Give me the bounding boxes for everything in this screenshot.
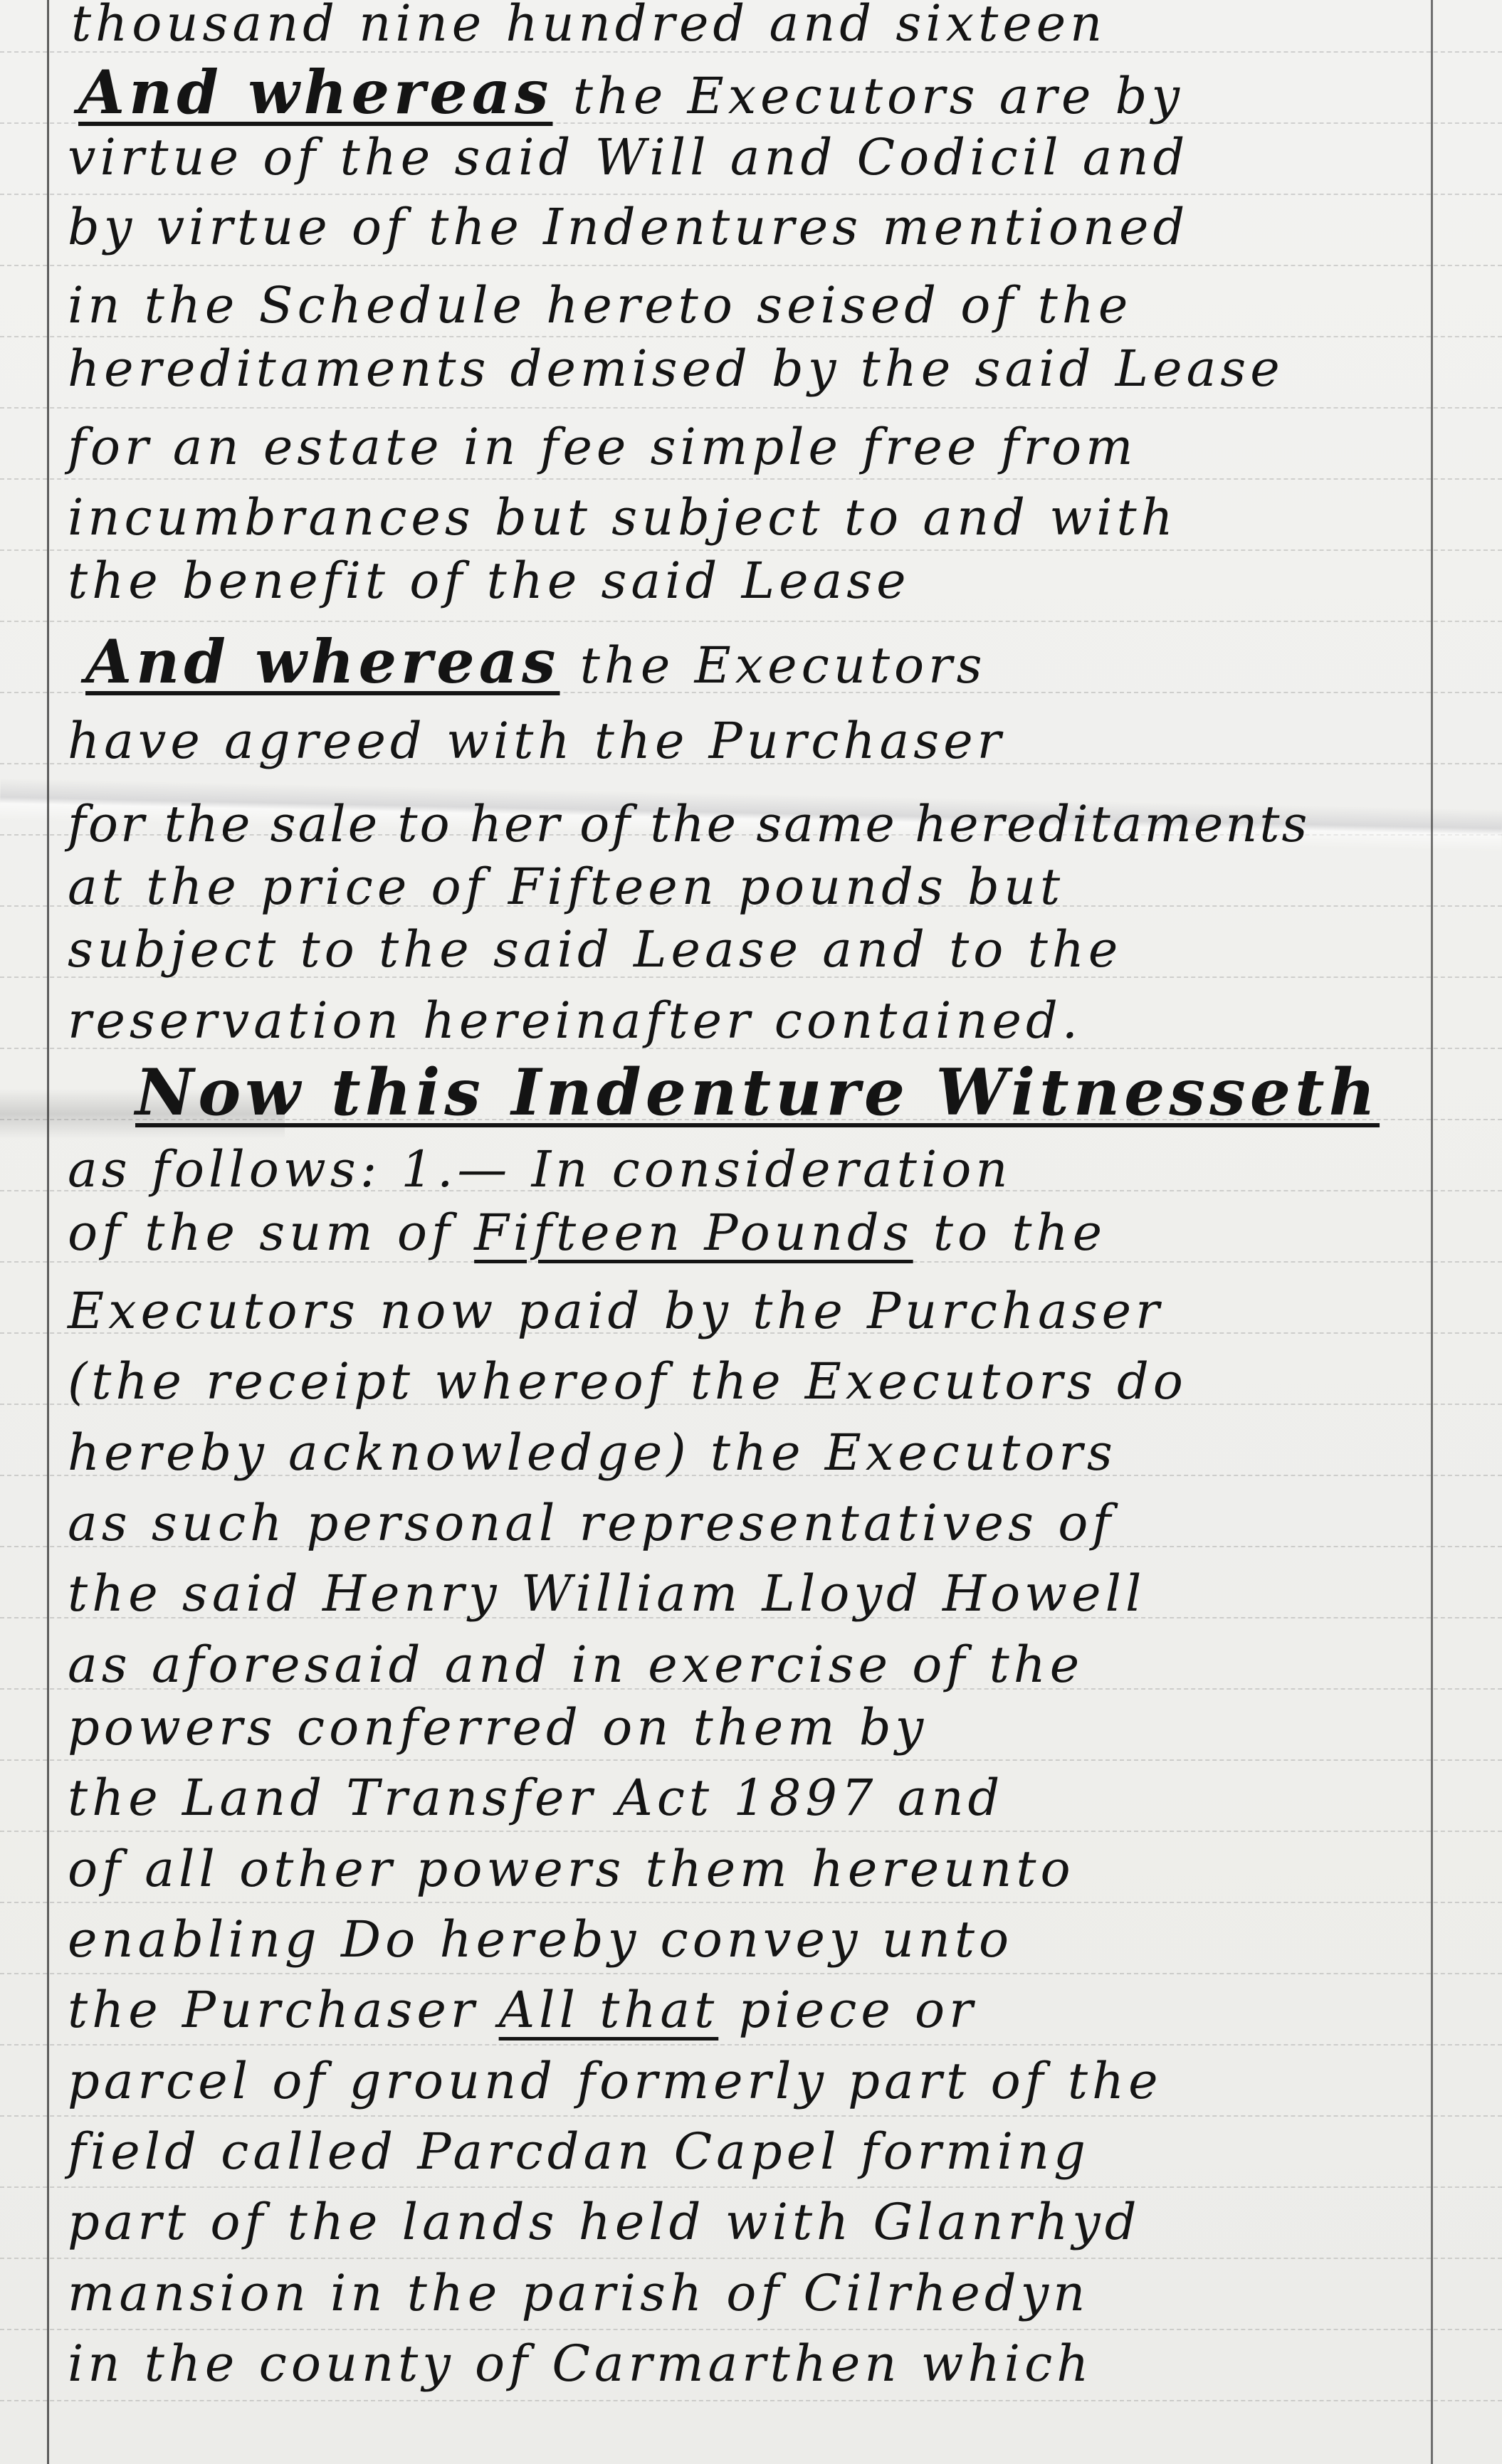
ruled-line bbox=[0, 1973, 1502, 1974]
ruled-line bbox=[0, 2115, 1502, 2117]
line-text: the benefit of the said Lease bbox=[68, 552, 910, 610]
text-line: in the Schedule hereto seised of the bbox=[68, 276, 1132, 335]
left-margin-line bbox=[47, 0, 49, 2464]
line-text: virtue of the said Will and Codicil and bbox=[68, 128, 1189, 186]
text-line: Executors now paid by the Purchaser bbox=[68, 1282, 1164, 1340]
ruled-line bbox=[0, 265, 1502, 266]
text-line: field called Parcdan Capel forming bbox=[68, 2122, 1090, 2181]
text-line: in the county of Carmarthen which bbox=[68, 2334, 1093, 2393]
text-line: subject to the said Lease and to the bbox=[68, 920, 1122, 979]
ruled-line bbox=[0, 621, 1502, 622]
line-text: field called Parcdan Capel forming bbox=[68, 2122, 1090, 2181]
text-line: the Purchaser All that piece or bbox=[68, 1981, 977, 2039]
text-line: as aforesaid and in exercise of the bbox=[68, 1636, 1083, 1694]
text-line: by virtue of the Indentures mentioned bbox=[68, 198, 1189, 256]
line-text: in the Schedule hereto seised of the bbox=[68, 276, 1132, 335]
underlined-amount: Fifteen Pounds bbox=[474, 1204, 913, 1262]
line-text: enabling Do hereby convey unto bbox=[68, 1910, 1013, 1969]
text-line: the benefit of the said Lease bbox=[68, 552, 910, 610]
text-line: at the price of Fifteen pounds but bbox=[68, 858, 1064, 916]
line-text: of all other powers them hereunto bbox=[68, 1840, 1075, 1898]
heading-now-this-indenture-witnesseth: Now this Indenture Witnesseth bbox=[135, 1055, 1380, 1130]
line-text: for an estate in fee simple free from bbox=[68, 418, 1138, 476]
text-line: for the sale to her of the same heredita… bbox=[68, 795, 1309, 853]
handwritten-document-page: thousand nine hundred and sixteen And wh… bbox=[0, 0, 1502, 2464]
ruled-line bbox=[0, 549, 1502, 551]
text-line: powers conferred on them by bbox=[68, 1698, 928, 1757]
line-text: piece or bbox=[718, 1981, 977, 2039]
text-line: hereby acknowledge) the Executors bbox=[68, 1423, 1117, 1482]
ruled-line bbox=[0, 1831, 1502, 1832]
ruled-line bbox=[0, 2186, 1502, 2188]
line-text: thousand nine hundred and sixteen bbox=[71, 0, 1106, 53]
ruled-line bbox=[0, 407, 1502, 409]
line-text: at the price of Fifteen pounds but bbox=[68, 858, 1064, 916]
text-line: of the sum of Fifteen Pounds to the bbox=[68, 1204, 1106, 1262]
line-text: Executors now paid by the Purchaser bbox=[68, 1282, 1164, 1340]
text-line: as follows: 1.— In consideration bbox=[68, 1140, 1012, 1199]
line-text: mansion in the parish of Cilrhedyn bbox=[68, 2264, 1089, 2322]
line-text: as such personal representatives of bbox=[68, 1494, 1115, 1552]
text-line: reservation hereinafter contained. bbox=[68, 991, 1082, 1050]
text-line: virtue of the said Will and Codicil and bbox=[68, 128, 1189, 186]
ruled-line bbox=[0, 2044, 1502, 2046]
text-line: for an estate in fee simple free from bbox=[68, 418, 1138, 476]
line-text: to the bbox=[913, 1204, 1106, 1262]
line-text: reservation hereinafter contained. bbox=[68, 991, 1082, 1050]
text-line: parcel of ground formerly part of the bbox=[68, 2052, 1162, 2110]
text-line: of all other powers them hereunto bbox=[68, 1840, 1075, 1898]
text-line: hereditaments demised by the said Lease bbox=[68, 339, 1284, 398]
line-text: as follows: 1.— In consideration bbox=[68, 1140, 1012, 1199]
text-line: (the receipt whereof the Executors do bbox=[68, 1352, 1187, 1411]
ruled-line bbox=[0, 1902, 1502, 1903]
line-text: powers conferred on them by bbox=[68, 1698, 928, 1757]
right-margin-line bbox=[1431, 0, 1433, 2464]
line-text: (the receipt whereof the Executors do bbox=[68, 1352, 1187, 1411]
text-line: enabling Do hereby convey unto bbox=[68, 1910, 1013, 1969]
line-text: parcel of ground formerly part of the bbox=[68, 2052, 1162, 2110]
line-text: in the county of Carmarthen which bbox=[68, 2334, 1093, 2393]
ruled-line bbox=[0, 2400, 1502, 2401]
ruled-line bbox=[0, 2329, 1502, 2330]
text-line: incumbrances but subject to and with bbox=[68, 488, 1177, 547]
ruled-line bbox=[0, 1759, 1502, 1761]
line-text: of the sum of bbox=[68, 1204, 474, 1262]
ruled-line bbox=[0, 194, 1502, 195]
line-text: the Executors are by bbox=[552, 67, 1184, 125]
ruled-line bbox=[0, 2258, 1502, 2259]
line-text: the Land Transfer Act 1897 and bbox=[68, 1769, 1004, 1827]
text-line: Now this Indenture Witnesseth bbox=[135, 1055, 1380, 1130]
text-line: thousand nine hundred and sixteen bbox=[71, 0, 1106, 53]
text-line: And whereas the Executors are by bbox=[78, 57, 1184, 127]
line-text: for the sale to her of the same heredita… bbox=[68, 795, 1309, 853]
text-line: as such personal representatives of bbox=[68, 1494, 1115, 1552]
heading-and-whereas: And whereas bbox=[85, 626, 560, 697]
line-text: hereby acknowledge) the Executors bbox=[68, 1423, 1117, 1482]
text-line: have agreed with the Purchaser bbox=[68, 712, 1005, 770]
text-line: And whereas the Executors bbox=[85, 626, 987, 697]
line-text: as aforesaid and in exercise of the bbox=[68, 1636, 1083, 1694]
ruled-line bbox=[0, 478, 1502, 480]
text-line: mansion in the parish of Cilrhedyn bbox=[68, 2264, 1089, 2322]
text-line: the Land Transfer Act 1897 and bbox=[68, 1769, 1004, 1827]
heading-and-whereas: And whereas bbox=[78, 57, 552, 127]
underlined-phrase: All that bbox=[499, 1981, 719, 2039]
line-text: part of the lands held with Glanrhyd bbox=[68, 2193, 1141, 2251]
line-text: subject to the said Lease and to the bbox=[68, 920, 1122, 979]
line-text: hereditaments demised by the said Lease bbox=[68, 339, 1284, 398]
line-text: the Executors bbox=[560, 636, 986, 695]
text-line: part of the lands held with Glanrhyd bbox=[68, 2193, 1141, 2251]
text-line: the said Henry William Lloyd Howell bbox=[68, 1564, 1145, 1623]
line-text: by virtue of the Indentures mentioned bbox=[68, 198, 1189, 256]
line-text: incumbrances but subject to and with bbox=[68, 488, 1177, 547]
ruled-line bbox=[0, 336, 1502, 337]
line-text: the said Henry William Lloyd Howell bbox=[68, 1564, 1145, 1623]
line-text: have agreed with the Purchaser bbox=[68, 712, 1005, 770]
line-text: the Purchaser bbox=[68, 1981, 499, 2039]
